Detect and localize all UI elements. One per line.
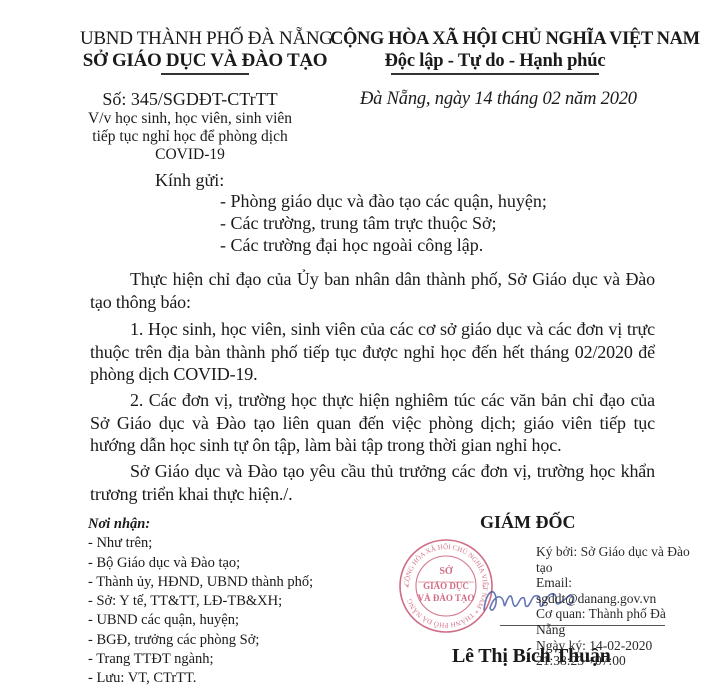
point-1-text: 1. Học sinh, học viên, sinh viên của các…: [90, 319, 655, 384]
document-date: Đà Nẵng, ngày 14 tháng 02 năm 2020: [360, 89, 637, 110]
signed-by-cont: tạo: [536, 560, 690, 576]
closing-text: Sở Giáo dục và Đào tạo yêu cầu thủ trưởn…: [90, 461, 655, 504]
point-2-paragraph: 2. Các đơn vị, trường học thực hiện nghi…: [90, 389, 655, 457]
recipient-item: - Phòng giáo dục và đào tạo các quận, hu…: [220, 190, 547, 212]
distribution-item: - Lưu: VT, CTrTT.: [88, 669, 313, 688]
closing-paragraph: Sở Giáo dục và Đào tạo yêu cầu thủ trưởn…: [90, 460, 655, 505]
document-number: Số: 345/SGDĐT-CTrTT: [70, 88, 310, 110]
intro-paragraph: Thực hiện chỉ đạo của Ủy ban nhân dân th…: [90, 268, 655, 313]
distribution-item: - UBND các quận, huyện;: [88, 611, 313, 630]
agency: Cơ quan: Thành phố Đà: [536, 606, 690, 622]
distribution-item: - Trang TTĐT ngành;: [88, 650, 313, 669]
signed-by: Ký bởi: Sở Giáo dục và Đào: [536, 544, 690, 560]
national-motto: Độc lập - Tự do - Hạnh phúc: [330, 50, 660, 72]
svg-text:SỞ: SỞ: [439, 565, 453, 577]
email-value: sgddt@danang.gov.vn: [536, 591, 690, 607]
document-number-block: Số: 345/SGDĐT-CTrTT V/v học sinh, học vi…: [70, 88, 310, 164]
recipient-item: - Các trường, trung tâm trực thuộc Sở;: [220, 212, 547, 234]
recipient-item: - Các trường đại học ngoài công lập.: [220, 234, 547, 256]
national-title-block: CỘNG HÒA XÃ HỘI CHỦ NGHĨA VIỆT NAM Độc l…: [330, 28, 660, 75]
national-title: CỘNG HÒA XÃ HỘI CHỦ NGHĨA VIỆT NAM: [330, 28, 660, 50]
department-name: SỞ GIÁO DỤC VÀ ĐÀO TẠO: [80, 50, 330, 72]
distribution-item: - BGĐ, trưởng các phòng Sở;: [88, 631, 313, 650]
distribution-list: Nơi nhận: - Như trên; - Bộ Giáo dục và Đ…: [88, 515, 313, 689]
header-right-underline: [391, 73, 599, 75]
svg-text:GIÁO DỤC: GIÁO DỤC: [423, 581, 469, 591]
distribution-item: - Sở: Y tế, TT&TT, LĐ-TB&XH;: [88, 592, 313, 611]
distribution-title: Nơi nhận:: [88, 515, 313, 534]
signer-title: GIÁM ĐỐC: [480, 512, 576, 533]
recipients-label: Kính gửi:: [155, 170, 224, 191]
agency-cont: Nẵng: [536, 622, 690, 638]
intro-text: Thực hiện chỉ đạo của Ủy ban nhân dân th…: [90, 269, 655, 312]
distribution-item: - Như trên;: [88, 534, 313, 553]
point-1-paragraph: 1. Học sinh, học viên, sinh viên của các…: [90, 318, 655, 386]
distribution-item: - Bộ Giáo dục và Đào tạo;: [88, 554, 313, 573]
issuing-authority-block: UBND THÀNH PHỐ ĐÀ NẴNG SỞ GIÁO DỤC VÀ ĐÀ…: [80, 28, 330, 75]
subject-line: V/v học sinh, học viên, sinh viên: [70, 110, 310, 128]
header-left-underline: [161, 73, 249, 75]
svg-text:VÀ ĐÀO TẠO: VÀ ĐÀO TẠO: [418, 593, 475, 603]
distribution-item: - Thành ủy, HĐND, UBND thành phố;: [88, 573, 313, 592]
svg-text:*: *: [406, 584, 410, 592]
authority-name: UBND THÀNH PHỐ ĐÀ NẴNG: [80, 28, 330, 50]
subject-line: COVID-19: [70, 146, 310, 164]
subject-line: tiếp tục nghỉ học để phòng dịch: [70, 128, 310, 146]
email-label: Email:: [536, 575, 690, 591]
signer-name: Lê Thị Bích Thuận: [452, 645, 611, 668]
recipients-list: - Phòng giáo dục và đào tạo các quận, hu…: [220, 190, 547, 256]
point-2-text: 2. Các đơn vị, trường học thực hiện nghi…: [90, 390, 655, 455]
